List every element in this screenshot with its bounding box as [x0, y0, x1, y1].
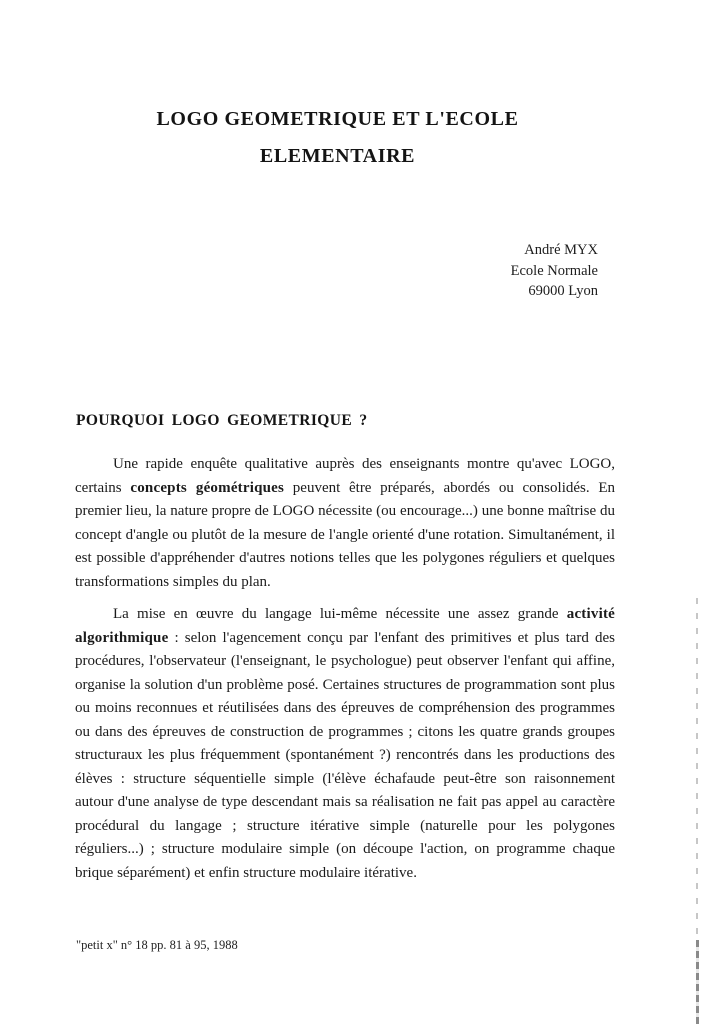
- author-city: 69000 Lyon: [511, 281, 598, 302]
- author-block: André MYX Ecole Normale 69000 Lyon: [511, 240, 598, 302]
- scan-artifact-line-upper: [696, 598, 698, 940]
- author-name: André MYX: [511, 240, 598, 261]
- article-title-line-2: ELEMENTAIRE: [60, 138, 615, 175]
- author-affiliation: Ecole Normale: [511, 261, 598, 282]
- journal-citation-footer: "petit x" n° 18 pp. 81 à 95, 1988: [76, 938, 238, 953]
- scan-artifact-line-lower: [696, 940, 699, 1024]
- body-paragraph-2: La mise en œuvre du langage lui-même néc…: [75, 603, 615, 885]
- section-heading: POURQUOI LOGO GEOMETRIQUE ?: [76, 412, 368, 430]
- article-title-line-1: LOGO GEOMETRIQUE ET L'ECOLE: [60, 101, 615, 138]
- body-paragraph-1: Une rapide enquête qualitative auprès de…: [75, 453, 615, 594]
- scanned-article-page: LOGO GEOMETRIQUE ET L'ECOLE ELEMENTAIRE …: [0, 0, 725, 1024]
- article-title: LOGO GEOMETRIQUE ET L'ECOLE ELEMENTAIRE: [60, 101, 615, 175]
